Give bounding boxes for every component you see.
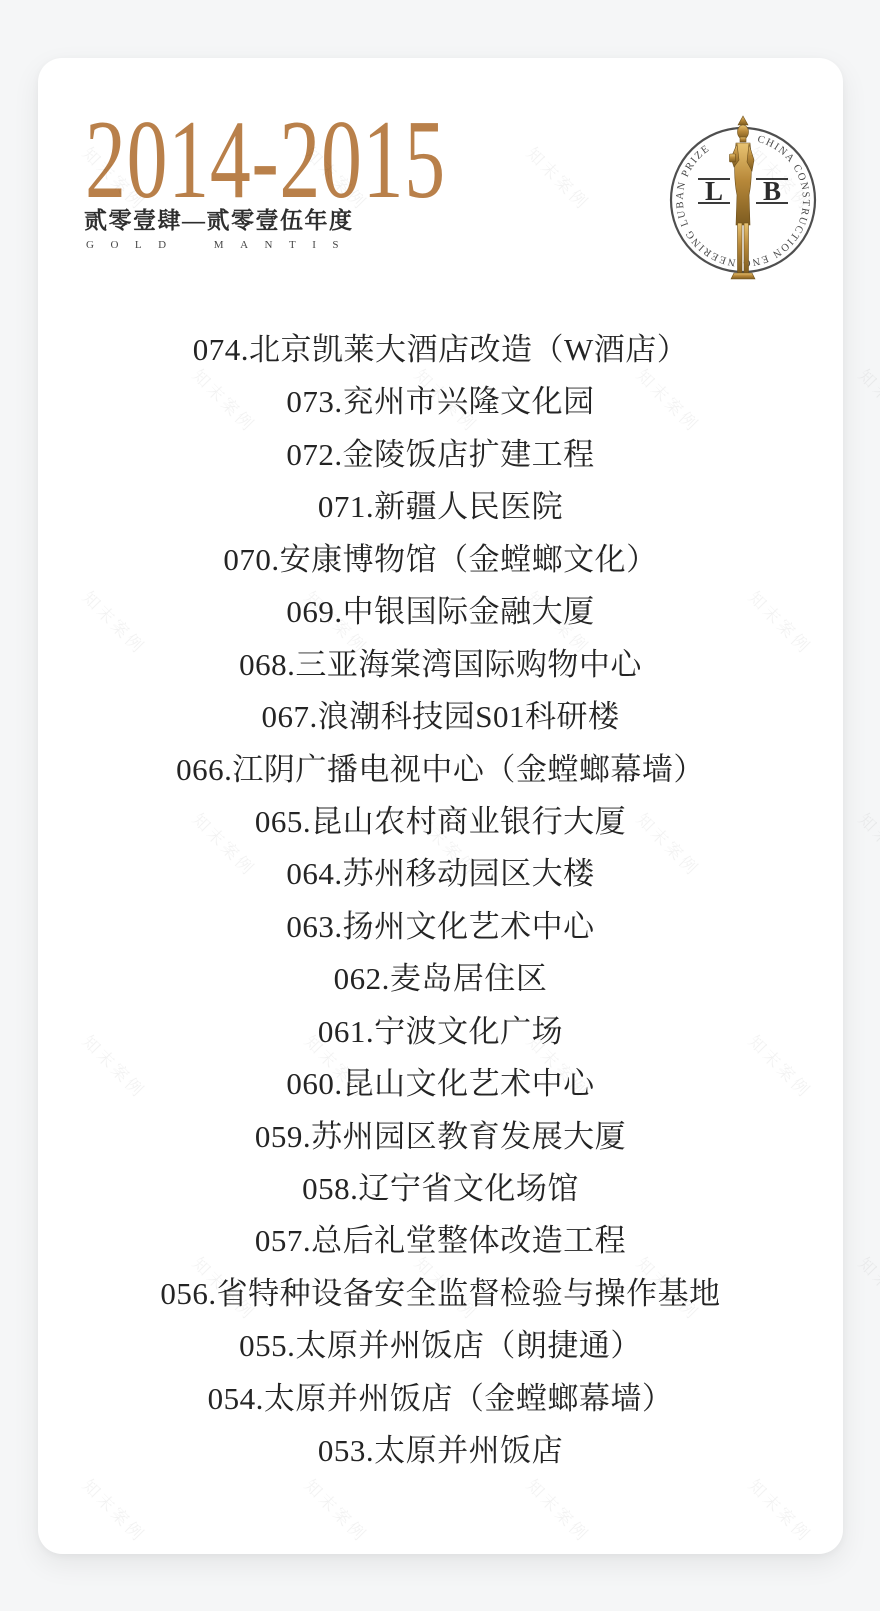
project-item: 058.辽宁省文化场馆 — [38, 1163, 843, 1215]
project-item: 071.新疆人民医院 — [38, 481, 843, 533]
project-item: 065.昆山农村商业银行大厦 — [38, 796, 843, 848]
project-item: 070.安康博物馆（金螳螂文化） — [38, 534, 843, 586]
project-item: 053.太原并州饭店 — [38, 1425, 843, 1477]
project-item: 068.三亚海棠湾国际购物中心 — [38, 639, 843, 691]
project-item: 062.麦岛居住区 — [38, 953, 843, 1005]
watermark-text: 知末案例 — [854, 806, 880, 880]
project-item: 057.总后礼堂整体改造工程 — [38, 1215, 843, 1267]
watermark-text: 知末案例 — [854, 362, 880, 436]
luban-prize-medal: CHINA CONSTRUCTION ENGINEERING LUBAN PRI… — [658, 103, 828, 285]
subtitle-chinese: 贰零壹肆—贰零壹伍年度 — [84, 209, 354, 232]
project-item: 054.太原并州饭店（金螳螂幕墙） — [38, 1373, 843, 1425]
project-item: 061.宁波文化广场 — [38, 1006, 843, 1058]
award-list-card: 2014-2015 贰零壹肆—贰零壹伍年度 GOLD MANTIS CHINA … — [38, 58, 843, 1554]
project-item: 064.苏州移动园区大楼 — [38, 848, 843, 900]
project-item: 055.太原并州饭店（朗捷通） — [38, 1320, 843, 1372]
luban-statue-icon — [730, 116, 756, 279]
project-item: 069.中银国际金融大厦 — [38, 586, 843, 638]
project-item: 056.省特种设备安全监督检验与操作基地 — [38, 1268, 843, 1320]
medal-letter-l: L — [705, 176, 723, 206]
project-item: 059.苏州园区教育发展大厦 — [38, 1111, 843, 1163]
project-item: 060.昆山文化艺术中心 — [38, 1058, 843, 1110]
page: 知末案例知末案例知末案例知末案例知末案例知末案例知末案例知末案例知末案例知末案例… — [0, 0, 880, 1611]
project-item: 073.兖州市兴隆文化园 — [38, 376, 843, 428]
project-item: 066.江阴广播电视中心（金螳螂幕墙） — [38, 744, 843, 796]
project-item: 072.金陵饭店扩建工程 — [38, 429, 843, 481]
watermark-text: 知末案例 — [854, 1250, 880, 1324]
project-item: 074.北京凯莱大酒店改造（W酒店） — [38, 324, 843, 376]
medal-letter-b: B — [763, 176, 781, 206]
years-title: 2014-2015 — [85, 104, 446, 216]
project-item: 067.浪潮科技园S01科研楼 — [38, 691, 843, 743]
subtitle-english: GOLD MANTIS — [86, 240, 355, 251]
project-item: 063.扬州文化艺术中心 — [38, 901, 843, 953]
project-list: 074.北京凯莱大酒店改造（W酒店）073.兖州市兴隆文化园072.金陵饭店扩建… — [38, 324, 843, 1478]
